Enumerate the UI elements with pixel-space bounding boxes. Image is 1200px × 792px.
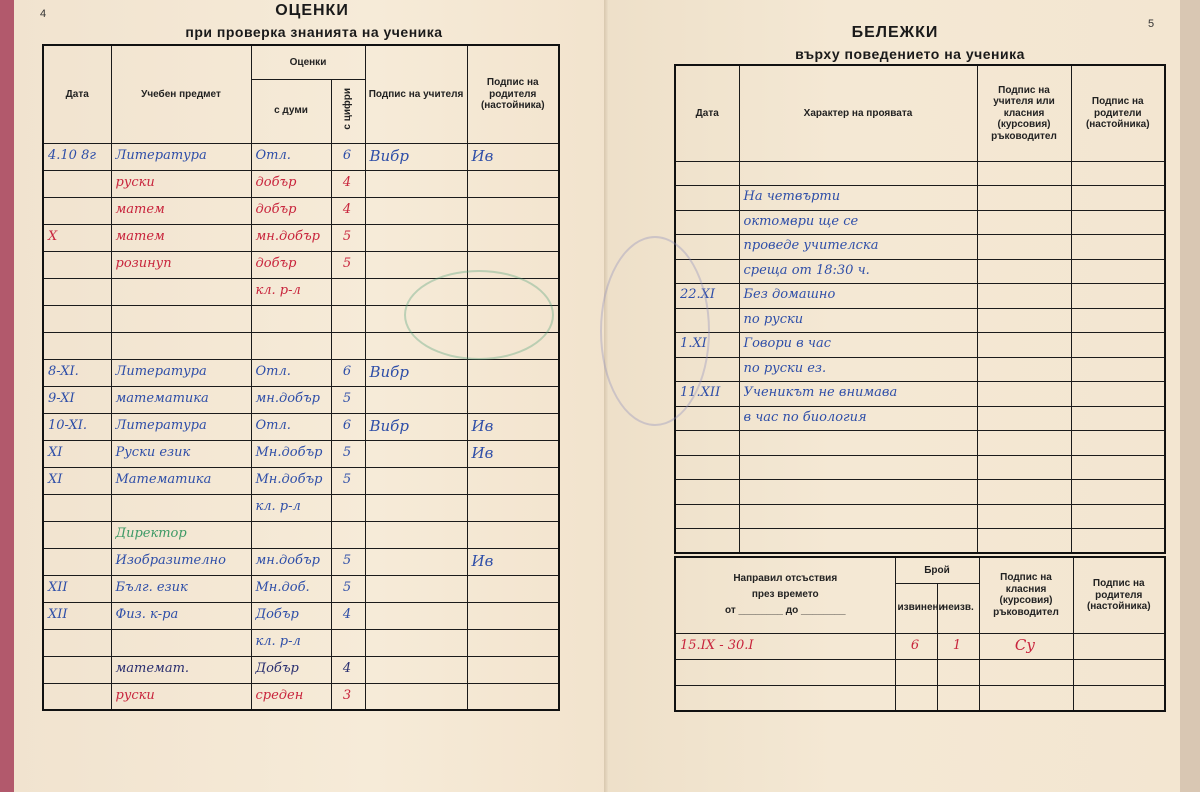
subject-cell: Руски език (111, 440, 251, 467)
grade-digit-cell: 5 (331, 467, 365, 494)
date-cell: XI (43, 440, 111, 467)
grade-digit-cell (331, 278, 365, 305)
subject-cell (111, 278, 251, 305)
date-cell: XI (43, 467, 111, 494)
note-cell: в час по биология (739, 406, 977, 431)
date-cell: 10-XI. (43, 413, 111, 440)
parent-signature-cell: Ив (467, 143, 559, 170)
table-row: Директор (43, 521, 559, 548)
parent-signature-cell (1071, 259, 1165, 284)
teacher-signature-cell (977, 431, 1071, 456)
grade-digit-cell: 4 (331, 602, 365, 629)
grade-words-cell: Добър (251, 602, 331, 629)
header-in-digits: с цифри (331, 79, 365, 143)
teacher-signature-cell (977, 210, 1071, 235)
teacher-signature-cell: Вибр (365, 413, 467, 440)
teacher-signature-cell (977, 529, 1071, 554)
note-cell: октомври ще се (739, 210, 977, 235)
unexcused-cell (937, 659, 979, 685)
date-cell (675, 431, 739, 456)
date-cell (43, 197, 111, 224)
parent-signature-cell (1071, 333, 1165, 358)
teacher-signature-cell (365, 197, 467, 224)
page-behavior: 5 БЕЛЕЖКИ върху поведението на ученика Д… (610, 0, 1180, 792)
subject-cell (111, 305, 251, 332)
grade-words-cell: добър (251, 251, 331, 278)
date-cell (675, 186, 739, 211)
parent-signature-cell (467, 521, 559, 548)
teacher-signature-cell (365, 494, 467, 521)
parent-signature-cell (1071, 504, 1165, 529)
parent-signature-cell (1071, 235, 1165, 260)
table-row: 9-XIматематикамн.добър5 (43, 386, 559, 413)
teacher-signature-cell (977, 161, 1071, 186)
note-cell: по руски (739, 308, 977, 333)
table-row: 15.IX - 30.I61Су (675, 633, 1165, 659)
grade-digit-cell: 5 (331, 440, 365, 467)
header-parent-signature: Подпис на родителя (настойника) (467, 45, 559, 143)
teacher-signature-cell: Вибр (365, 143, 467, 170)
grade-digit-cell: 6 (331, 413, 365, 440)
parent-signature-cell: Ив (467, 413, 559, 440)
excused-cell (895, 659, 937, 685)
teacher-signature-cell (365, 521, 467, 548)
grade-words-cell: Отл. (251, 143, 331, 170)
note-cell: На четвърти (739, 186, 977, 211)
subject-cell: Литература (111, 143, 251, 170)
table-row: 11.XIIУченикът не внимава (675, 382, 1165, 407)
teacher-signature-cell (365, 386, 467, 413)
absences-table: Направил отсъствия през времето от _____… (674, 556, 1166, 712)
header-parent-signature: Подпис на родителя (настойника) (1073, 557, 1165, 633)
subject-cell: Изобразително (111, 548, 251, 575)
note-cell (739, 480, 977, 505)
period-cell (675, 685, 895, 711)
header-absence-period: Направил отсъствия през времето от _____… (675, 557, 895, 633)
subject-cell: Физ. к-ра (111, 602, 251, 629)
parent-signature-cell: Ив (467, 440, 559, 467)
grade-digit-cell: 6 (331, 359, 365, 386)
teacher-signature-cell (365, 629, 467, 656)
grade-words-cell (251, 332, 331, 359)
note-cell (739, 504, 977, 529)
parent-signature-cell (467, 683, 559, 710)
date-cell (43, 332, 111, 359)
table-row: кл. р-л (43, 629, 559, 656)
parent-signature-cell: Ив (467, 548, 559, 575)
subject-cell: Литература (111, 413, 251, 440)
grade-words-cell: Мн.доб. (251, 575, 331, 602)
table-row: 1.XIГовори в час (675, 333, 1165, 358)
date-cell (675, 210, 739, 235)
parent-signature-cell (1071, 406, 1165, 431)
header-unexcused: неизв. (937, 583, 979, 633)
note-cell: Говори в час (739, 333, 977, 358)
table-row: по руски (675, 308, 1165, 333)
teacher-signature-cell (977, 308, 1071, 333)
table-row (675, 431, 1165, 456)
table-row: проведе учителска (675, 235, 1165, 260)
date-cell (675, 455, 739, 480)
parent-signature-cell (467, 386, 559, 413)
grade-words-cell: Мн.добър (251, 440, 331, 467)
note-cell: Без домашно (739, 284, 977, 309)
unexcused-cell (937, 685, 979, 711)
subject-cell: руски (111, 683, 251, 710)
teacher-signature-cell (365, 575, 467, 602)
grade-words-cell: Мн.добър (251, 467, 331, 494)
table-row: математ.Добър4 (43, 656, 559, 683)
subject-cell (111, 629, 251, 656)
note-cell: Ученикът не внимава (739, 382, 977, 407)
table-row (675, 659, 1165, 685)
parent-signature-cell (1071, 382, 1165, 407)
grade-digit-cell: 5 (331, 548, 365, 575)
header-nature: Характер на проявата (739, 65, 977, 161)
grade-digit-cell: 5 (331, 251, 365, 278)
grade-words-cell (251, 305, 331, 332)
date-cell (675, 480, 739, 505)
parent-signature-cell (1071, 431, 1165, 456)
grade-words-cell: мн.добър (251, 386, 331, 413)
subject-cell: математика (111, 386, 251, 413)
parent-signature-cell (1071, 210, 1165, 235)
header-count: Брой (895, 557, 979, 583)
header-in-words: с думи (251, 79, 331, 143)
table-row (675, 480, 1165, 505)
date-cell: XII (43, 575, 111, 602)
grade-digit-cell: 3 (331, 683, 365, 710)
grade-digit-cell: 4 (331, 197, 365, 224)
parent-signature-cell (467, 170, 559, 197)
note-cell (739, 455, 977, 480)
date-cell (43, 629, 111, 656)
header-excused: извинени (895, 583, 937, 633)
parent-signature-cell (1071, 455, 1165, 480)
grades-table: Дата Учебен предмет Оценки Подпис на учи… (42, 44, 560, 711)
grade-words-cell: кл. р-л (251, 278, 331, 305)
parent-signature-cell (467, 602, 559, 629)
teacher-signature-cell (977, 333, 1071, 358)
subject-cell: Литература (111, 359, 251, 386)
teacher-signature-cell (365, 467, 467, 494)
table-row: XIIФиз. к-раДобър4 (43, 602, 559, 629)
date-cell: 8-XI. (43, 359, 111, 386)
subject-cell: Математика (111, 467, 251, 494)
parent-signature-cell (467, 359, 559, 386)
grade-digit-cell: 6 (331, 143, 365, 170)
table-row (675, 455, 1165, 480)
subject-cell: Бълг. език (111, 575, 251, 602)
teacher-signature-cell (977, 480, 1071, 505)
teacher-signature-cell (977, 382, 1071, 407)
grades-subtitle: при проверка знанията на ученика (54, 24, 574, 40)
grade-digit-cell (331, 521, 365, 548)
grade-digit-cell: 4 (331, 656, 365, 683)
excused-cell (895, 685, 937, 711)
unexcused-cell: 1 (937, 633, 979, 659)
note-cell (739, 431, 977, 456)
header-date: Дата (675, 65, 739, 161)
grade-words-cell: Отл. (251, 413, 331, 440)
grade-digit-cell (331, 494, 365, 521)
behavior-subtitle: върху поведението на ученика (690, 46, 1130, 62)
subject-cell (111, 332, 251, 359)
subject-cell: матем (111, 197, 251, 224)
teacher-signature-cell (365, 224, 467, 251)
teacher-signature-cell (365, 602, 467, 629)
grades-title: ОЦЕНКИ (14, 2, 610, 20)
note-cell (739, 529, 977, 554)
grade-words-cell: кл. р-л (251, 629, 331, 656)
grade-digit-cell: 5 (331, 575, 365, 602)
background-right (1178, 0, 1200, 792)
date-cell (43, 305, 111, 332)
table-row: На четвърти (675, 186, 1165, 211)
parent-signature-cell (1073, 659, 1165, 685)
teacher-signature-cell (977, 357, 1071, 382)
table-row: октомври ще се (675, 210, 1165, 235)
grade-digit-cell: 4 (331, 170, 365, 197)
grade-words-cell: добър (251, 197, 331, 224)
parent-signature-cell (1071, 284, 1165, 309)
table-row (675, 685, 1165, 711)
table-row (675, 529, 1165, 554)
class-teacher-signature-cell (979, 685, 1073, 711)
date-cell (43, 170, 111, 197)
page-grades: 4 ОЦЕНКИ при проверка знанията на ученик… (14, 0, 610, 792)
parent-signature-cell (467, 467, 559, 494)
grade-digit-cell (331, 332, 365, 359)
date-cell: XII (43, 602, 111, 629)
date-cell: 9-XI (43, 386, 111, 413)
date-cell (43, 656, 111, 683)
table-row: в час по биология (675, 406, 1165, 431)
grade-words-cell: Добър (251, 656, 331, 683)
table-row (675, 161, 1165, 186)
date-cell (43, 521, 111, 548)
teacher-signature-cell (977, 455, 1071, 480)
grade-words-cell: среден (251, 683, 331, 710)
teacher-signature-cell (365, 548, 467, 575)
date-cell (43, 548, 111, 575)
date-cell (675, 504, 739, 529)
class-teacher-signature-cell: Су (979, 633, 1073, 659)
date-cell (675, 161, 739, 186)
grade-digit-cell: 5 (331, 224, 365, 251)
table-row: кл. р-л (43, 494, 559, 521)
table-row: XIМатематикаМн.добър5 (43, 467, 559, 494)
table-row: Изобразителномн.добър5Ив (43, 548, 559, 575)
note-cell (739, 161, 977, 186)
teacher-signature-cell (977, 259, 1071, 284)
date-cell (43, 278, 111, 305)
note-cell: проведе учителска (739, 235, 977, 260)
behavior-title: БЕЛЕЖКИ (610, 24, 1180, 42)
table-row: XIIБълг. езикМн.доб.5 (43, 575, 559, 602)
parent-signature-cell (467, 656, 559, 683)
grade-words-cell: мн.добър (251, 548, 331, 575)
class-teacher-signature-cell (979, 659, 1073, 685)
table-row (675, 504, 1165, 529)
date-cell: 4.10 8г (43, 143, 111, 170)
teacher-signature-cell (977, 186, 1071, 211)
table-row: рускидобър4 (43, 170, 559, 197)
header-subject: Учебен предмет (111, 45, 251, 143)
grade-words-cell: кл. р-л (251, 494, 331, 521)
teacher-signature-cell (977, 504, 1071, 529)
parent-signature-cell (467, 575, 559, 602)
excused-cell: 6 (895, 633, 937, 659)
grade-digit-cell: 5 (331, 386, 365, 413)
grade-words-cell: мн.добър (251, 224, 331, 251)
table-row: Xматеммн.добър5 (43, 224, 559, 251)
subject-cell (111, 494, 251, 521)
parent-signature-cell (1073, 685, 1165, 711)
header-teacher-signature: Подпис на учителя (365, 45, 467, 143)
parent-signature-cell (1071, 186, 1165, 211)
grade-digit-cell (331, 305, 365, 332)
teacher-signature-cell (365, 683, 467, 710)
parent-signature-cell (1071, 308, 1165, 333)
header-teacher-signature: Подпис на учителя или класния (курсовия)… (977, 65, 1071, 161)
teacher-signature-cell: Вибр (365, 359, 467, 386)
grade-digit-cell (331, 629, 365, 656)
parent-signature-cell (467, 629, 559, 656)
parent-signature-cell (1071, 357, 1165, 382)
header-class-teacher-signature: Подпис на класния (курсовия) ръководител (979, 557, 1073, 633)
date-cell: X (43, 224, 111, 251)
table-row: по руски ез. (675, 357, 1165, 382)
note-cell: по руски ез. (739, 357, 977, 382)
subject-cell: руски (111, 170, 251, 197)
date-cell (43, 683, 111, 710)
parent-signature-cell (1071, 529, 1165, 554)
teacher-signature-cell (365, 440, 467, 467)
table-row: рускисреден3 (43, 683, 559, 710)
grade-words-cell: Отл. (251, 359, 331, 386)
table-row: 4.10 8гЛитератураОтл.6ВибрИв (43, 143, 559, 170)
parent-signature-cell (1071, 480, 1165, 505)
period-cell (675, 659, 895, 685)
grade-words-cell (251, 521, 331, 548)
parent-signature-cell (467, 494, 559, 521)
behavior-table: Дата Характер на проявата Подпис на учит… (674, 64, 1166, 554)
teacher-signature-cell (977, 406, 1071, 431)
date-cell (675, 529, 739, 554)
table-row: среща от 18:30 ч. (675, 259, 1165, 284)
parent-signature-cell (1073, 633, 1165, 659)
teacher-signature-cell (977, 284, 1071, 309)
subject-cell: розинуп (111, 251, 251, 278)
table-row: 8-XI.ЛитератураОтл.6Вибр (43, 359, 559, 386)
subject-cell: математ. (111, 656, 251, 683)
table-row: XIРуски езикМн.добър5Ив (43, 440, 559, 467)
table-row: 10-XI.ЛитератураОтл.6ВибрИв (43, 413, 559, 440)
header-parent-signature: Подпис на родители (настойника) (1071, 65, 1165, 161)
date-cell (43, 494, 111, 521)
subject-cell: Директор (111, 521, 251, 548)
header-grades: Оценки (251, 45, 365, 79)
subject-cell: матем (111, 224, 251, 251)
table-row: матемдобър4 (43, 197, 559, 224)
school-stamp (600, 236, 710, 426)
teacher-signature-cell (977, 235, 1071, 260)
parent-signature-cell (467, 224, 559, 251)
period-cell: 15.IX - 30.I (675, 633, 895, 659)
date-cell (43, 251, 111, 278)
header-date: Дата (43, 45, 111, 143)
teacher-signature-cell (365, 170, 467, 197)
note-cell: среща от 18:30 ч. (739, 259, 977, 284)
grade-words-cell: добър (251, 170, 331, 197)
parent-signature-cell (467, 197, 559, 224)
green-stamp (404, 270, 554, 360)
parent-signature-cell (1071, 161, 1165, 186)
teacher-signature-cell (365, 656, 467, 683)
table-row: 22.XIБез домашно (675, 284, 1165, 309)
